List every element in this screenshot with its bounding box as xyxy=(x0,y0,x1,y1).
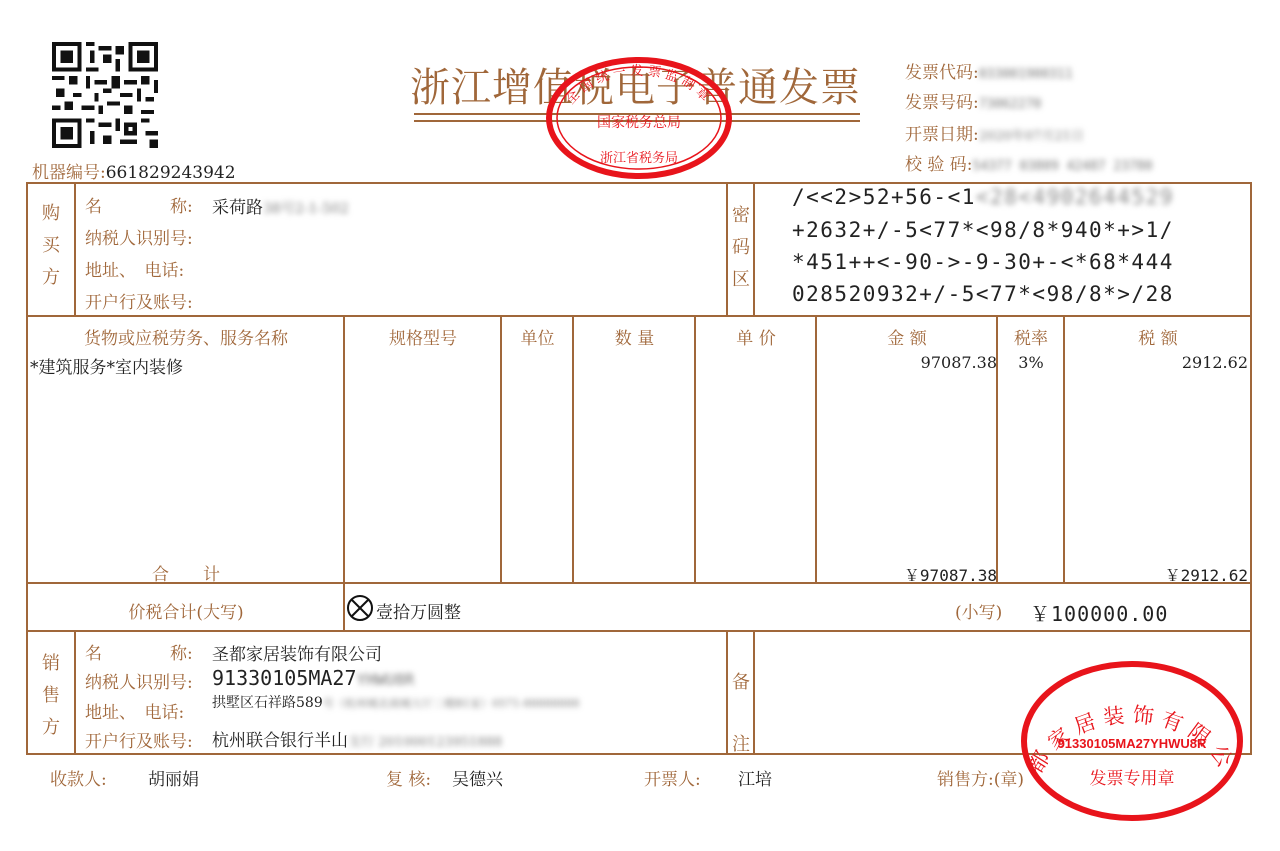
invoice-title: 浙江增值税电子普通发票 xyxy=(410,56,861,113)
svg-text:91330105MA27YHWU8R: 91330105MA27YHWU8R xyxy=(1058,736,1207,751)
buyer-section-label: 购买方 xyxy=(28,198,74,294)
machine-number: 661829243942 xyxy=(106,163,236,183)
seller-name: 圣都家居装饰有限公司 xyxy=(212,640,382,665)
svg-text:浙江省税务局: 浙江省税务局 xyxy=(600,150,678,166)
seller-tax-id-label: 纳税人识别号: xyxy=(85,668,193,693)
seller-address-label: 地址、 电话: xyxy=(85,698,184,723)
item-name: *建筑服务*室内装修 xyxy=(30,353,183,378)
cipher-section-label: 密码区 xyxy=(728,200,754,296)
qr-code-icon xyxy=(52,42,158,148)
small-write-label: (小写) xyxy=(955,598,1002,623)
header-price: 单 价 xyxy=(696,324,816,349)
issue-date: 2020年07月21日 xyxy=(979,129,1084,144)
seller-seal-label: 销售方:(章) xyxy=(937,765,1024,790)
total-label: 合 计 xyxy=(28,560,344,585)
seller-name-label: 名 称: xyxy=(85,639,193,664)
reviewer: 吴德兴 xyxy=(452,765,503,790)
payee-label: 收款人: xyxy=(50,765,107,790)
remarks-label: 备注 xyxy=(728,652,754,776)
cipher-line-4: 028520932+/-5<77*<98/8*>/28 xyxy=(792,282,1174,306)
grand-total-label: 价税合计(大写) xyxy=(28,598,344,623)
invoice-code: 033001900311 xyxy=(979,67,1073,82)
cipher-line-2: +2632+/-5<77*<98/8*940*+>1/ xyxy=(792,218,1174,242)
cross-circle-icon xyxy=(346,594,374,622)
seller-bank: 杭州联合银行半山支行 201000123951888 xyxy=(212,726,502,751)
svg-text:国家税务总局: 国家税务总局 xyxy=(597,115,681,131)
header-unit: 单位 xyxy=(502,324,573,349)
invoice-number: 73062270 xyxy=(979,97,1042,112)
machine-number-label: 机器编号:661829243942 xyxy=(32,158,236,183)
buyer-name: 采荷路38号2-1-502 xyxy=(212,193,349,218)
payee: 胡丽娟 xyxy=(148,765,199,790)
seller-tax-id: 91330105MA27YHWU8R xyxy=(212,666,414,690)
buyer-tax-id-label: 纳税人识别号: xyxy=(85,224,193,249)
header-tax: 税 额 xyxy=(1065,324,1251,349)
header-spec: 规格型号 xyxy=(345,324,501,349)
check-code: 54377 03809 42487 23780 xyxy=(973,159,1153,174)
header-item-name: 货物或应税劳务、服务名称 xyxy=(28,324,344,349)
buyer-bank-label: 开户行及账号: xyxy=(85,288,193,313)
seller-address: 拱墅区石祥路589号（杭州城北商城大厅二楼B1室）0571-88888888 xyxy=(212,692,580,712)
seller-section-label: 销售方 xyxy=(28,648,74,744)
title-underline-1 xyxy=(414,113,860,115)
table-top-border xyxy=(26,182,1252,184)
invoice-code-row: 发票代码:033001900311 xyxy=(905,58,1073,83)
drawer-label: 开票人: xyxy=(644,765,701,790)
header-qty: 数 量 xyxy=(574,324,695,349)
row-divider-buyer xyxy=(26,315,1252,317)
svg-text:圣都家居装饰有限公司: 圣都家居装饰有限公司 xyxy=(1018,658,1241,777)
col-divider-2 xyxy=(500,315,502,583)
item-rate: 3% xyxy=(998,353,1064,372)
seller-invoice-stamp-icon: 圣都家居装饰有限公司 91330105MA27YHWU8R 发票专用章 xyxy=(1018,658,1246,824)
cipher-line-3: *451++<-90->-9-30+-<*68*444 xyxy=(792,250,1174,274)
header-rate: 税率 xyxy=(998,324,1064,349)
col-divider-4 xyxy=(694,315,696,583)
grand-total-in-words: 壹拾万圆整 xyxy=(376,598,461,623)
buyer-label-divider xyxy=(74,182,76,316)
issue-date-row: 开票日期:2020年07月21日 xyxy=(905,120,1084,145)
buyer-address-label: 地址、 电话: xyxy=(85,256,184,281)
col-divider-3 xyxy=(572,315,574,583)
total-amount: ￥97087.38 xyxy=(817,563,997,586)
title-underline-2 xyxy=(414,120,860,122)
invoice-number-row: 发票号码:73062270 xyxy=(905,88,1041,113)
row-divider-grand xyxy=(26,630,1252,632)
drawer: 江培 xyxy=(738,765,772,790)
cipher-line-1: /<<2>52+56-<1<28<4902644529 xyxy=(792,185,1174,209)
table-right-border xyxy=(1250,182,1252,755)
svg-text:发票专用章: 发票专用章 xyxy=(1090,768,1175,789)
table-bottom-border xyxy=(26,753,1252,755)
check-code-row: 校 验 码:54377 03809 42487 23780 xyxy=(905,150,1153,175)
reviewer-label: 复 核: xyxy=(386,765,431,790)
seller-bank-label: 开户行及账号: xyxy=(85,727,193,752)
grand-total-in-figures: ￥100000.00 xyxy=(1030,598,1168,627)
total-tax: ￥2912.62 xyxy=(1065,563,1248,586)
item-amount: 97087.38 xyxy=(817,353,997,372)
header-amount: 金 额 xyxy=(817,324,997,349)
buyer-name-label: 名 称: xyxy=(85,192,193,217)
item-tax: 2912.62 xyxy=(1065,353,1248,372)
seller-label-divider xyxy=(74,630,76,754)
